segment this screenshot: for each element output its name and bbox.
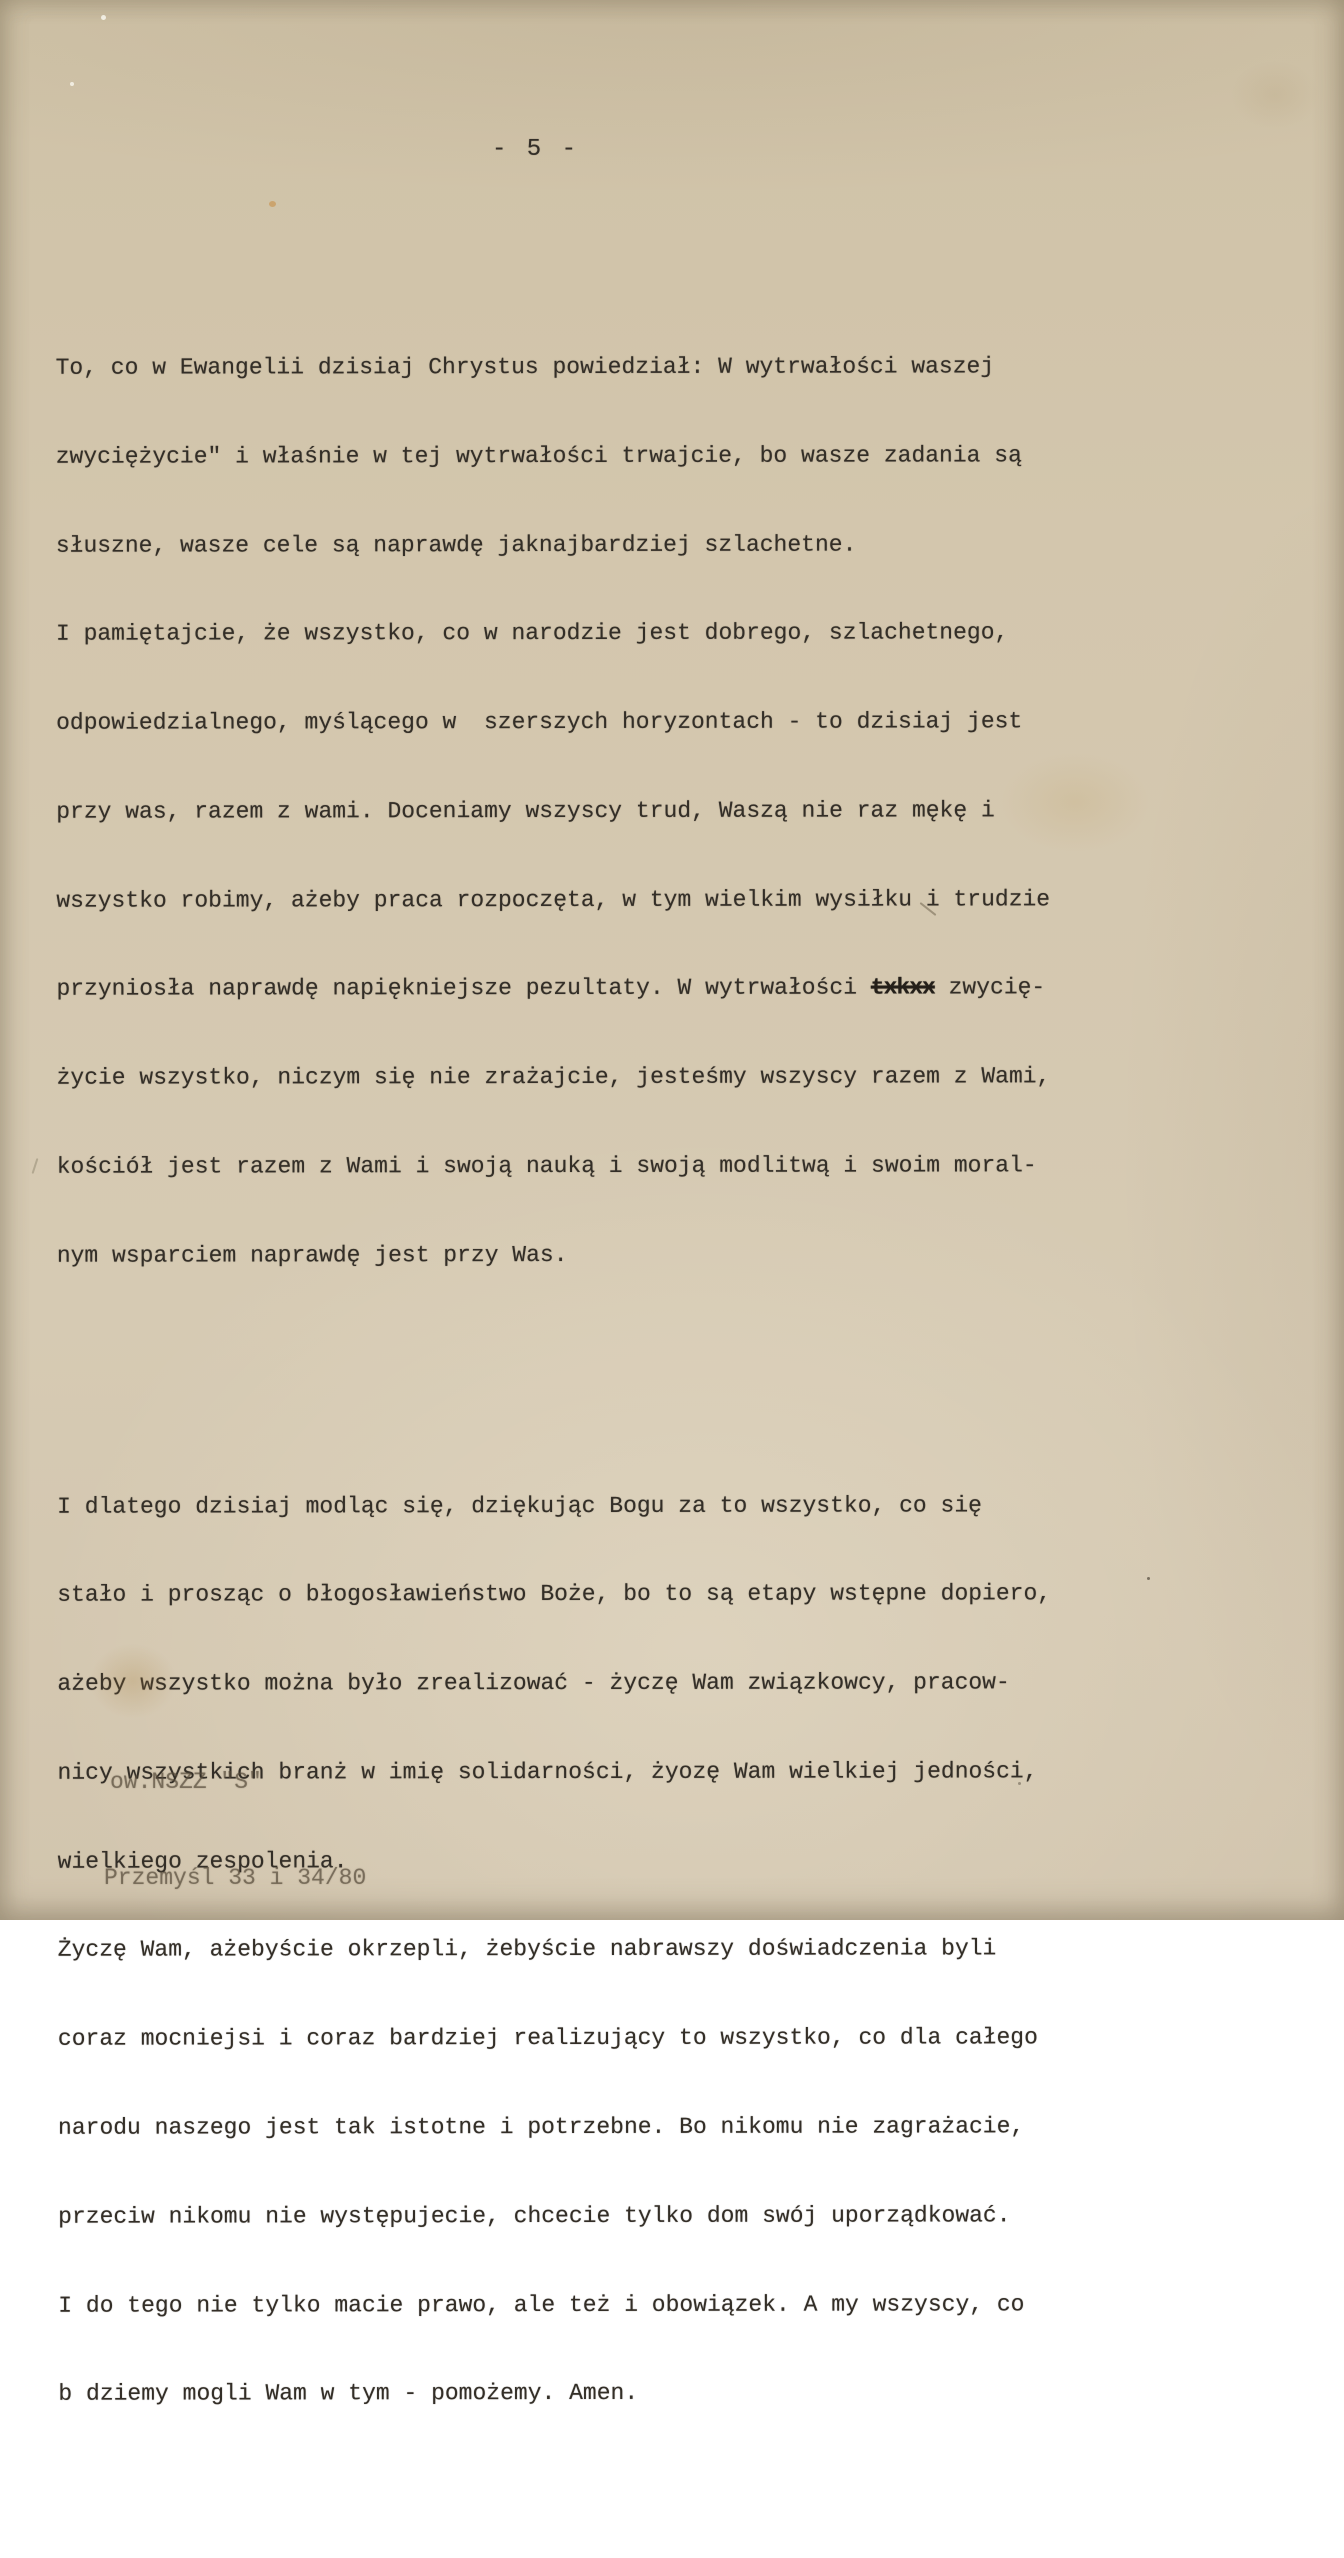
struck-out-typo: txkxx xyxy=(871,975,935,1001)
paragraph-1: To, co w Ewangelii dzisiaj Chrystus powi… xyxy=(55,293,1076,1330)
text-line: życie wszystko, niczym się nie zrażajcie… xyxy=(57,1063,1077,1094)
paper-scratch xyxy=(32,1158,39,1174)
text-line: kościół jest razem z Wami i swoją nauką … xyxy=(57,1151,1077,1182)
text-line-with-strikeout: przyniosła naprawdę napiękniejsze pezult… xyxy=(56,974,1076,1005)
paper-speck xyxy=(1147,1577,1150,1580)
text-line: To, co w Ewangelii dzisiaj Chrystus powi… xyxy=(56,352,1076,383)
text-line: przy was, razem z wami. Doceniamy wszysc… xyxy=(56,796,1076,827)
text-line: I dlatego dzisiaj modląc się, dziękując … xyxy=(57,1491,1077,1522)
footer-source-line: ow.NSZZ "S" xyxy=(110,1766,366,1796)
document-footer: ow.NSZZ "S" Przemyśl 33 i 34/80 xyxy=(110,1700,366,1920)
text-segment: przyniosła naprawdę napiękniejsze pezult… xyxy=(56,975,870,1002)
text-line: nym wsparciem naprawdę jest przy Was. xyxy=(57,1240,1077,1271)
text-line: wszystko robimy, ażeby praca rozpoczęta,… xyxy=(56,885,1076,916)
paper-stain xyxy=(1230,60,1320,130)
text-line: słuszne, wasze cele są naprawdę jaknajba… xyxy=(56,530,1076,561)
text-line: stało i prosząc o błogosławieństwo Boże,… xyxy=(57,1580,1077,1611)
scanned-paper-background: - 5 - To, co w Ewangelii dzisiaj Chrystu… xyxy=(0,0,1344,1920)
text-line: odpowiedzialnego, myślącego w szerszych … xyxy=(56,707,1076,738)
footer-issue-line: Przemyśl 33 i 34/80 xyxy=(104,1862,366,1892)
paper-speck xyxy=(101,15,106,20)
text-line: zwyciężycie" i właśnie w tej wytrwałości… xyxy=(56,441,1076,472)
paper-speck xyxy=(70,82,74,86)
document-body: To, co w Ewangelii dzisiaj Chrystus powi… xyxy=(55,204,1078,1920)
page-number: - 5 - xyxy=(492,136,579,163)
text-line: I pamiętajcie, że wszystko, co w narodzi… xyxy=(56,619,1076,650)
text-segment: zwycię- xyxy=(935,975,1045,1001)
text-line: ażeby wszystko można było zrealizować - … xyxy=(57,1668,1077,1699)
